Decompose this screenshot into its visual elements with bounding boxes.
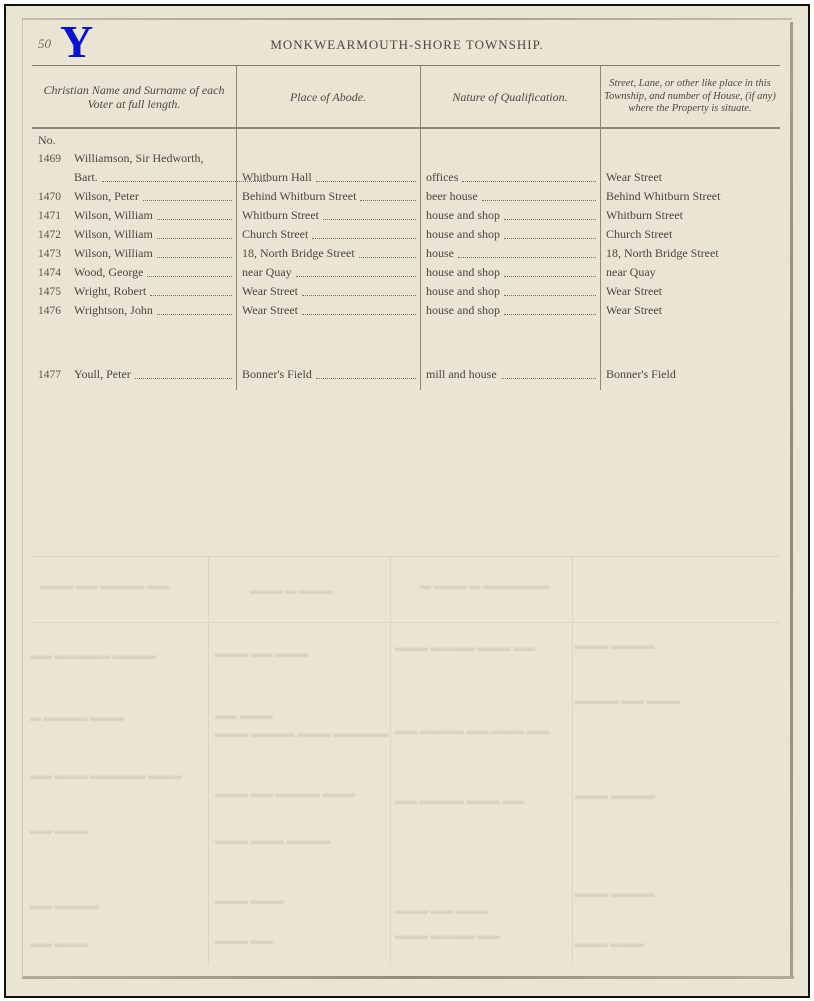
property-street: Wear Street — [606, 282, 780, 300]
page-edge-top — [22, 18, 792, 20]
qualification: house — [426, 244, 600, 262]
place-of-abode: Church Street — [242, 225, 420, 243]
table-header: Christian Name and Surname of each Voter… — [32, 66, 780, 128]
page-edge-bottom — [22, 976, 794, 979]
voter-number: 1473 — [38, 245, 74, 262]
voter-number: 1472 — [38, 226, 74, 243]
place-of-abode: Whitburn Street — [242, 206, 420, 224]
voter-name: 1469Williamson, Sir Hedworth, — [38, 149, 236, 167]
voter-name: 1471Wilson, William — [38, 206, 236, 224]
column-header-property-location: Street, Lane, or other like place in thi… — [600, 66, 780, 128]
voter-number: 1475 — [38, 283, 74, 300]
place-of-abode: 18, North Bridge Street — [242, 244, 420, 262]
voter-number: 1477 — [38, 366, 74, 383]
column-header-qualification: Nature of Qualification. — [420, 66, 600, 128]
table-row: 1470Wilson, Peter Behind Whitburn Street… — [32, 187, 780, 205]
table-row-continuation: Bart. Whitburn Hall offices Wear Street — [32, 168, 780, 186]
place-of-abode: Behind Whitburn Street — [242, 187, 420, 205]
page-title: MONKWEARMOUTH-SHORE TOWNSHIP. — [0, 37, 814, 53]
qualification: house and shop — [426, 282, 600, 300]
table-row: 1472Wilson, William Church Street house … — [32, 225, 780, 243]
voter-name: 1477Youll, Peter — [38, 365, 236, 383]
page-edge-right — [790, 22, 793, 977]
voter-name: 1470Wilson, Peter — [38, 187, 236, 205]
property-street: 18, North Bridge Street — [606, 244, 780, 262]
place-of-abode: Wear Street — [242, 282, 420, 300]
voter-name: 1475Wright, Robert — [38, 282, 236, 300]
voter-number: 1474 — [38, 264, 74, 281]
property-street: Whitburn Street — [606, 206, 780, 224]
column-header-place-of-abode: Place of Abode. — [236, 66, 420, 128]
page-edge-left — [22, 20, 23, 978]
property-street: Wear Street — [606, 301, 780, 319]
place-of-abode: near Quay — [242, 263, 420, 281]
property-street: Behind Whitburn Street — [606, 187, 780, 205]
qualification: mill and house — [426, 365, 600, 383]
column-header-voter-name: Christian Name and Surname of each Voter… — [32, 66, 236, 128]
voter-number: 1476 — [38, 302, 74, 319]
qualification: house and shop — [426, 263, 600, 281]
place-of-abode: Wear Street — [242, 301, 420, 319]
voter-number: 1469 — [38, 150, 74, 167]
property-street: Bonner's Field — [606, 365, 780, 383]
property-street: near Quay — [606, 263, 780, 281]
table-row: 1474Wood, George near Quay house and sho… — [32, 263, 780, 281]
table-row: 1477Youll, Peter Bonner's Field mill and… — [32, 365, 780, 383]
qualification: house and shop — [426, 301, 600, 319]
table-row: 1473Wilson, William 18, North Bridge Str… — [32, 244, 780, 262]
table-row: 1476Wrightson, John Wear Street house an… — [32, 301, 780, 319]
property-street: Church Street — [606, 225, 780, 243]
qualification: house and shop — [426, 225, 600, 243]
qualification: house and shop — [426, 206, 600, 224]
place-of-abode: Whitburn Hall — [242, 168, 420, 186]
voter-number: 1470 — [38, 188, 74, 205]
voter-name: 1476Wrightson, John — [38, 301, 236, 319]
place-of-abode: Bonner's Field — [242, 365, 420, 383]
number-column-label: No. — [38, 133, 56, 148]
property-street: Wear Street — [606, 168, 780, 186]
voter-number: 1471 — [38, 207, 74, 224]
qualification: offices — [426, 168, 600, 186]
voter-name: 1474Wood, George — [38, 263, 236, 281]
table-row: 1471Wilson, William Whitburn Street hous… — [32, 206, 780, 224]
voter-name: 1472Wilson, William — [38, 225, 236, 243]
table-row: 1469Williamson, Sir Hedworth, — [32, 149, 780, 167]
voter-name-continued: Bart. — [38, 168, 272, 186]
table-row: 1475Wright, Robert Wear Street house and… — [32, 282, 780, 300]
voter-name: 1473Wilson, William — [38, 244, 236, 262]
qualification: beer house — [426, 187, 600, 205]
header-bottom-rule — [32, 127, 780, 129]
